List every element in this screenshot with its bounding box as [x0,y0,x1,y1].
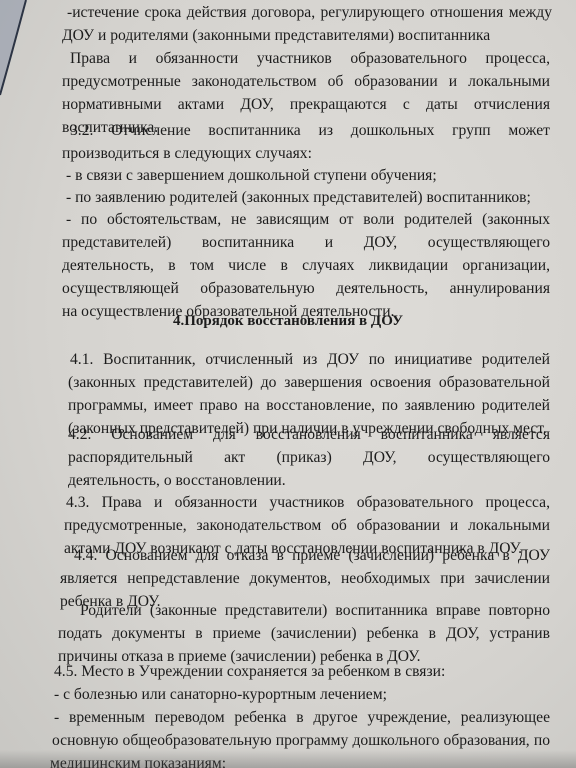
text-line: основную общеобразовательную программу д… [52,731,550,751]
text-line: Права и обязанности участников образоват… [70,49,550,69]
page-curl-edge [0,0,30,100]
text-line: 4.2. Основанием для восстановления воспи… [68,425,550,445]
text-line: -истечение срока действия договора, регу… [67,3,552,23]
text-line: 3.2. Отчисление воспитанника из дошкольн… [70,121,550,141]
text-line: предусмотренные законодательством об обр… [62,72,550,92]
text-line: является непредставление документов, нео… [60,569,550,589]
text-line: 4.4. Основанием для отказа в приеме (зач… [74,546,550,566]
text-line: программы, имеет право на восстановление… [68,396,550,416]
text-line: - по заявлению родителей (законных предс… [66,188,531,208]
text-line: деятельность, в том числе в случаях ликв… [62,256,550,276]
text-line: ДОУ и родителями (законными представител… [62,26,490,46]
text-line: производиться в следующих случаях: [62,144,312,164]
section-heading: 4.Порядок восстановления в ДОУ [0,311,576,331]
text-line: распорядительный акт (приказ) ДОУ, осуще… [68,448,550,468]
text-line: подать документы в приеме (зачислении) р… [58,624,550,644]
photo-shadow [0,750,576,768]
document-page: -истечение срока действия договора, регу… [0,0,576,768]
text-line: - в связи с завершением дошкольной ступе… [66,166,437,186]
text-line: - по обстоятельствам, не зависящим от во… [66,210,550,230]
text-line: 4.1. Воспитанник, отчисленный из ДОУ по … [70,350,550,370]
text-line: деятельность, о восстановлении. [68,471,286,491]
text-line: осуществляющей образовательную деятельно… [62,279,550,299]
text-line: 4.3. Права и обязанности участников обра… [66,493,550,513]
text-line: 4.5. Место в Учреждении сохраняется за р… [54,662,445,682]
text-line: (законных представителей) до завершения … [68,373,550,393]
text-line: предусмотренные, законодательством об об… [64,516,550,536]
text-line: нормативными актами ДОУ, прекращаются с … [62,95,550,115]
text-line: представителей) воспитанника и ДОУ, осущ… [62,233,550,253]
text-line: Родители (законные представители) воспит… [80,601,550,621]
text-line: - с болезнью или санаторно-курортным леч… [54,685,387,705]
text-line: - временным переводом ребенка в другое у… [54,708,550,728]
